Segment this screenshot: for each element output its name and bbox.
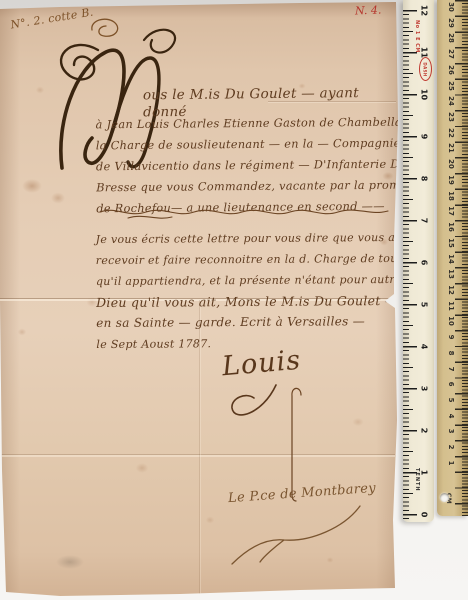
cm-ruler-number: 25: [447, 80, 455, 92]
cm-ruler-number: 8: [447, 347, 455, 359]
manuscript-line: qu'il appartiendra, et la présente n'éta…: [96, 269, 398, 292]
inch-ruler-number: 6: [420, 257, 429, 269]
inch-ruler-number: 12: [420, 5, 429, 17]
cm-ruler-number: 29: [447, 17, 455, 29]
inch-ruler-number: 8: [420, 173, 429, 185]
cm-ruler-number: 5: [447, 394, 455, 406]
inch-ruler-red-marking: No 1 E CM: [414, 20, 420, 53]
cm-ruler-number: 16: [447, 221, 455, 233]
ruler-brand-oval: DASH: [419, 57, 432, 81]
cm-ruler-number: 10: [447, 315, 455, 327]
cm-ruler-number: 7: [447, 363, 455, 375]
cm-ruler-number: 20: [447, 158, 455, 170]
cm-ruler-number: 6: [447, 378, 455, 390]
cm-ruler-number: 18: [447, 190, 455, 202]
cm-ruler-number: 26: [447, 64, 455, 76]
cm-ruler: 3029282726252423222120191817161514131211…: [437, 0, 468, 516]
cm-ruler-number: 30: [447, 1, 455, 13]
cm-ruler-number: 17: [447, 205, 455, 217]
cm-ruler-number: 14: [447, 253, 455, 265]
cm-ruler-number: 2: [447, 441, 455, 453]
cm-ruler-number: 12: [447, 284, 455, 296]
manuscript-line: Je vous écris cette lettre pour vous dir…: [96, 227, 398, 250]
cm-ruler-number: 24: [447, 95, 455, 107]
countersignature-swash-icon: [224, 498, 364, 568]
cm-ruler-number: 11: [447, 300, 455, 312]
inch-ruler-number: 9: [420, 131, 429, 143]
manuscript-line: Bresse que vous Commandez, vacante par l…: [96, 175, 398, 199]
cm-ruler-number: 9: [447, 331, 455, 343]
wavy-separator-icon: [98, 204, 390, 220]
manuscript-paragraph-2: Je vous écris cette lettre pour vous dir…: [96, 227, 399, 355]
cm-ruler-number: 23: [447, 111, 455, 123]
cm-ruler-number: 27: [447, 48, 455, 60]
signature-paraph-icon: [224, 380, 284, 425]
fold-crease-lower: [0, 454, 395, 457]
inch-ruler-number: 7: [420, 215, 429, 227]
cm-ruler-number: 15: [447, 237, 455, 249]
royal-signature: Louis: [221, 345, 302, 383]
manuscript-line: à Jean Louis Charles Etienne Gaston de C…: [96, 112, 398, 136]
cm-ruler-number: 1: [447, 457, 455, 469]
cm-ruler-number: 13: [447, 268, 455, 280]
manuscript-line: Dieu qu'il vous ait, Mons le M.is Du Gou…: [96, 290, 398, 313]
inch-ruler-number: 4: [420, 341, 429, 353]
inch-ruler-number: 3: [420, 383, 429, 395]
ruler-hang-hole: [440, 493, 449, 502]
ruler-brand-text: DASH: [423, 62, 428, 76]
cm-ruler-number: 4: [447, 410, 455, 422]
cm-ruler-number: 3: [447, 425, 455, 437]
manuscript-line: recevoir et faire reconnoitre en la d. C…: [96, 248, 398, 271]
folio-number: N. 4.: [355, 4, 382, 18]
inch-ruler-number: 2: [420, 425, 429, 437]
inch-ruler-number: 10: [420, 89, 429, 101]
cm-ruler-number: 22: [447, 127, 455, 139]
manuscript-line: de Villavicentio dans le régiment — D'In…: [96, 154, 398, 178]
manuscript-line: la Charge de souslieutenant — en la — Co…: [96, 133, 398, 157]
cm-ruler-number: 21: [447, 142, 455, 154]
photo-stage: N°. 2. cotte B. N. 4. ous le M.is Du Gou…: [0, 0, 468, 600]
manuscript-line: en sa Sainte — garde. Ecrit à Versailles…: [96, 311, 398, 334]
cm-ruler-numbers: 3029282726252423222120191817161514131211…: [437, 0, 468, 516]
inch-ruler-number: 0: [420, 509, 429, 521]
cm-ruler-number: 28: [447, 32, 455, 44]
inch-ruler-number: 5: [420, 299, 429, 311]
cm-ruler-number: 19: [447, 174, 455, 186]
inch-ruler: 1211109876543210 No 1 E CM DASH TENTH: [403, 0, 434, 522]
manuscript-paper: N°. 2. cotte B. N. 4. ous le M.is Du Gou…: [0, 0, 400, 600]
inch-ruler-number: 1: [420, 467, 429, 479]
inch-ruler-scale-label: TENTH: [414, 468, 420, 492]
